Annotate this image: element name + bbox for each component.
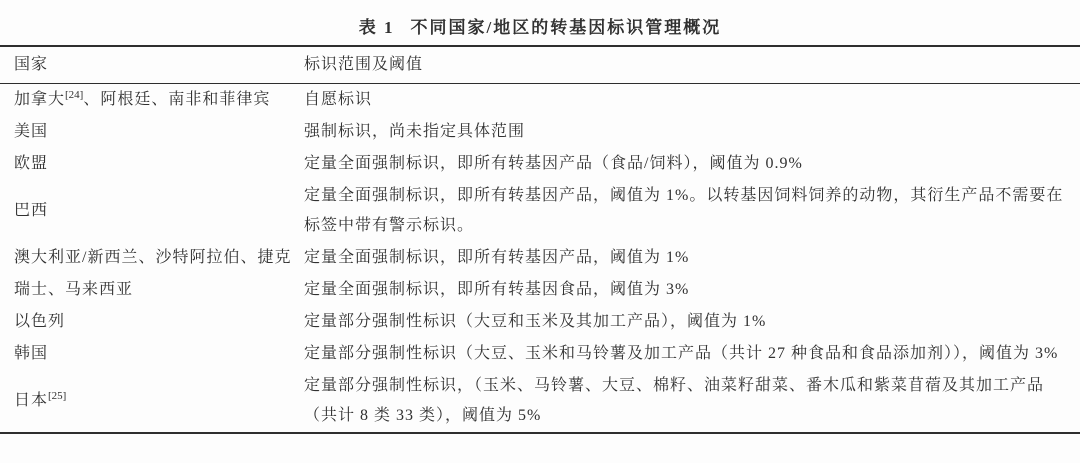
table-header: 国家 标识范围及阈值 [0,46,1080,84]
country-name: 加拿大 [14,91,65,108]
country-name: 美国 [14,123,48,140]
table-row: 澳大利亚/新西兰、沙特阿拉伯、捷克 定量全面强制标识，即所有转基因产品，阈值为 … [0,242,1080,274]
scope-cell: 定量部分强制性标识（大豆、玉米和马铃薯及加工产品（共计 27 种食品和食品添加剂… [304,338,1080,370]
country-cell: 欧盟 [0,148,304,180]
country-cell: 韩国 [0,338,304,370]
country-name: 欧盟 [14,155,48,172]
country-cell: 澳大利亚/新西兰、沙特阿拉伯、捷克 [0,242,304,274]
country-name: 巴西 [14,202,48,219]
header-scope: 标识范围及阈值 [304,46,1080,84]
country-name: 澳大利亚/新西兰、沙特阿拉伯、捷克 [14,249,291,266]
table-row: 以色列 定量部分强制性标识（大豆和玉米及其加工产品），阈值为 1% [0,306,1080,338]
scope-cell: 定量全面强制标识，即所有转基因产品，阈值为 1%。以转基因饲料饲养的动物，其衍生… [304,180,1080,242]
citation-ref: [24] [65,89,83,101]
country-cell: 加拿大[24]、阿根廷、南非和菲律宾 [0,84,304,117]
table-body: 加拿大[24]、阿根廷、南非和菲律宾 自愿标识 美国 强制标识，尚未指定具体范围… [0,84,1080,434]
scope-cell: 定量全面强制标识，即所有转基因产品，阈值为 1% [304,242,1080,274]
header-country: 国家 [0,46,304,84]
scope-cell: 定量全面强制标识，即所有转基因食品，阈值为 3% [304,274,1080,306]
table-row: 韩国 定量部分强制性标识（大豆、玉米和马铃薯及加工产品（共计 27 种食品和食品… [0,338,1080,370]
country-name: 日本 [14,392,48,409]
table-caption-text: 不同国家/地区的转基因标识管理概况 [411,18,722,37]
country-cell: 以色列 [0,306,304,338]
scope-cell: 定量部分强制性标识，（玉米、马铃薯、大豆、棉籽、油菜籽甜菜、番木瓜和紫菜苜蓿及其… [304,370,1080,433]
scope-cell: 定量部分强制性标识（大豆和玉米及其加工产品），阈值为 1% [304,306,1080,338]
table-row: 美国 强制标识，尚未指定具体范围 [0,116,1080,148]
table-row: 瑞士、马来西亚 定量全面强制标识，即所有转基因食品，阈值为 3% [0,274,1080,306]
country-name: 韩国 [14,345,48,362]
table-caption: 表 1不同国家/地区的转基因标识管理概况 [0,0,1080,45]
table-caption-label: 表 1 [359,18,395,37]
country-cell: 日本[25] [0,370,304,433]
scope-cell: 自愿标识 [304,84,1080,117]
gmo-labeling-table: 国家 标识范围及阈值 加拿大[24]、阿根廷、南非和菲律宾 自愿标识 美国 强制… [0,45,1080,434]
citation-ref: [25] [48,390,66,402]
table-row: 欧盟 定量全面强制标识，即所有转基因产品（食品/饲料），阈值为 0.9% [0,148,1080,180]
scope-cell: 定量全面强制标识，即所有转基因产品（食品/饲料），阈值为 0.9% [304,148,1080,180]
scope-cell: 强制标识，尚未指定具体范围 [304,116,1080,148]
header-row: 国家 标识范围及阈值 [0,46,1080,84]
country-tail: 、阿根廷、南非和菲律宾 [83,91,270,108]
country-name: 以色列 [14,313,65,330]
country-cell: 瑞士、马来西亚 [0,274,304,306]
country-name: 瑞士、马来西亚 [14,281,133,298]
country-cell: 美国 [0,116,304,148]
country-cell: 巴西 [0,180,304,242]
table-row: 日本[25] 定量部分强制性标识，（玉米、马铃薯、大豆、棉籽、油菜籽甜菜、番木瓜… [0,370,1080,433]
table-row: 加拿大[24]、阿根廷、南非和菲律宾 自愿标识 [0,84,1080,117]
table-row: 巴西 定量全面强制标识，即所有转基因产品，阈值为 1%。以转基因饲料饲养的动物，… [0,180,1080,242]
